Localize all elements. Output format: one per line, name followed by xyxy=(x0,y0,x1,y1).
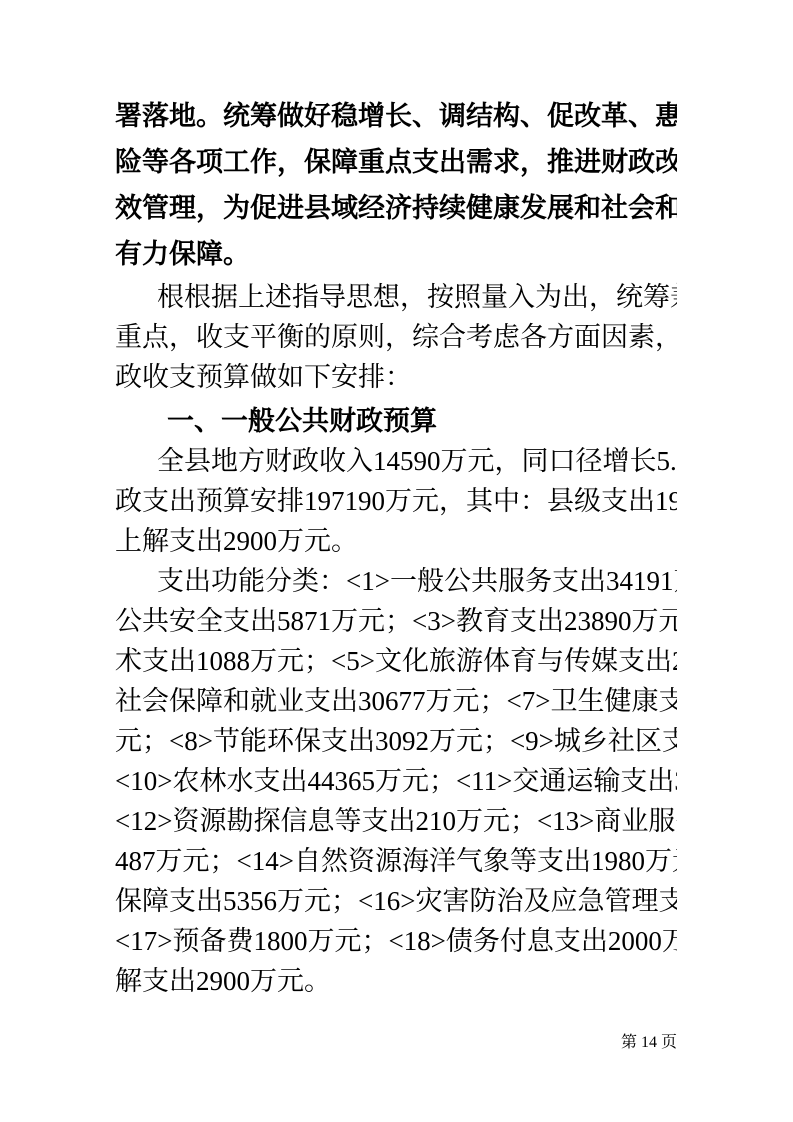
text-line: 公共安全支出5871万元；<3>教育支出23890万元；<4>科学技 xyxy=(115,601,677,641)
paragraph-expenditure-classification: 支出功能分类：<1>一般公共服务支出34191万元；<2> 公共安全支出5871… xyxy=(115,561,677,1001)
document-content: 署落地。统筹做好稳增长、调结构、促改革、惠民生、防风 险等各项工作，保障重点支出… xyxy=(115,93,677,1001)
text-line: 政支出预算安排197190万元，其中：县级支出194290万元， xyxy=(115,481,677,521)
text-line: 根根据上述指导思想，按照量入为出，统筹兼顾，确保 xyxy=(115,277,677,317)
text-line: 元；<8>节能环保支出3092万元；<9>城乡社区支出2190万元； xyxy=(115,721,677,761)
text-line: 上解支出2900万元。 xyxy=(115,521,677,561)
text-line: 全县地方财政收入14590万元，同口径增长5.3%。全县财 xyxy=(115,441,677,481)
text-line: 政收支预算做如下安排： xyxy=(115,357,677,397)
text-line: <17>预备费1800万元；<18>债务付息支出2000万元；<19>上 xyxy=(115,921,677,961)
text-line: <10>农林水支出44365万元；<11>交通运输支出3958万元； xyxy=(115,761,677,801)
section-heading-general-public-budget: 一、一般公共财政预算 xyxy=(115,401,677,441)
paragraph-guiding-principles: 根根据上述指导思想，按照量入为出，统筹兼顾，确保 重点，收支平衡的原则，综合考虑… xyxy=(115,277,677,397)
text-line: 有力保障。 xyxy=(115,231,677,277)
text-line: <12>资源勘探信息等支出210万元；<13>商业服务业等支出 xyxy=(115,801,677,841)
text-line: 术支出1088万元；<5>文化旅游体育与传媒支出2516万元；<6> xyxy=(115,641,677,681)
page-number: 第 14 页 xyxy=(115,1032,677,1054)
text-line: 社会保障和就业支出30677万元；<7>卫生健康支出27818万 xyxy=(115,681,677,721)
paragraph-revenue-expenditure-totals: 全县地方财政收入14590万元，同口径增长5.3%。全县财 政支出预算安排197… xyxy=(115,441,677,561)
text-line: 支出功能分类：<1>一般公共服务支出34191万元；<2> xyxy=(115,561,677,601)
text-line: 效管理，为促进县域经济持续健康发展和社会和谐稳定提供 xyxy=(115,185,677,231)
text-line: 署落地。统筹做好稳增长、调结构、促改革、惠民生、防风 xyxy=(115,93,677,139)
text-line: 487万元；<14>自然资源海洋气象等支出1980万元；<15>住房 xyxy=(115,841,677,881)
paragraph-plan-continuation: 署落地。统筹做好稳增长、调结构、促改革、惠民生、防风 险等各项工作，保障重点支出… xyxy=(115,93,677,277)
text-line: 险等各项工作，保障重点支出需求，推进财政改革，加强绩 xyxy=(115,139,677,185)
text-line: 解支出2900万元。 xyxy=(115,961,677,1001)
text-line: 重点，收支平衡的原则，综合考虑各方面因素，对2020年财 xyxy=(115,317,677,357)
document-page: 署落地。统筹做好稳增长、调结构、促改革、惠民生、防风 险等各项工作，保障重点支出… xyxy=(0,0,793,1122)
text-line: 保障支出5356万元；<16>灾害防治及应急管理支出2801万元； xyxy=(115,881,677,921)
